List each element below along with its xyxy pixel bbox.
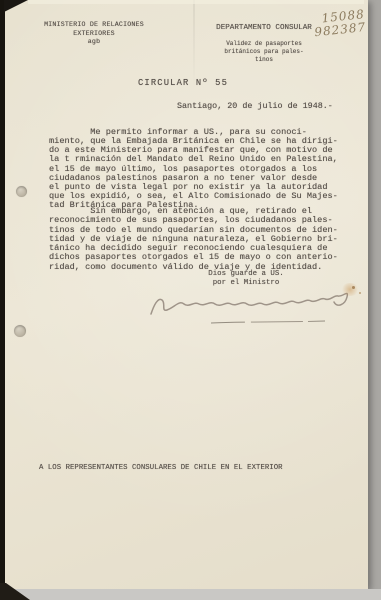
ink-stain bbox=[341, 283, 359, 296]
signature-stroke bbox=[151, 293, 347, 314]
minister-signature bbox=[145, 283, 360, 331]
scan-edge-bottom bbox=[0, 589, 381, 600]
scan-edge-top bbox=[28, 0, 364, 4]
subject-reference: Validez de pasaportes británicos para pa… bbox=[208, 40, 320, 64]
circular-title: CIRCULAR Nº 55 bbox=[138, 78, 228, 88]
body-paragraph-1: Me permito informar a US., para su conoc… bbox=[49, 128, 355, 210]
paper-crease bbox=[193, 0, 195, 90]
dateline: Santiago, 20 de julio de 1948.- bbox=[177, 101, 333, 111]
closing-salutation: Dios guarde a US. bbox=[204, 270, 288, 279]
document-page: 15088 982387 MINISTERIO DE RELACIONES EX… bbox=[5, 0, 368, 589]
ink-speck bbox=[359, 292, 361, 294]
ink-speck bbox=[352, 286, 355, 289]
department-name: DEPARTAMENTO CONSULAR bbox=[208, 24, 320, 33]
scanned-document: 15088 982387 MINISTERIO DE RELACIONES EX… bbox=[0, 0, 381, 600]
signature-underline bbox=[211, 321, 325, 323]
letterhead-department: DEPARTAMENTO CONSULAR Validez de pasapor… bbox=[208, 24, 320, 64]
ministry-name-line2: EXTERIORES bbox=[41, 30, 147, 39]
punch-hole-top bbox=[16, 186, 27, 197]
body-paragraph-2: Sin embargo, en atención a que, retirado… bbox=[49, 207, 355, 272]
letterhead-ministry: MINISTERIO DE RELACIONES EXTERIORES agb bbox=[41, 21, 147, 47]
typist-initials: agb bbox=[41, 38, 147, 47]
ministry-name-line1: MINISTERIO DE RELACIONES bbox=[41, 21, 147, 30]
scan-edge-left bbox=[0, 0, 5, 600]
addressee-line: A LOS REPRESENTANTES CONSULARES DE CHILE… bbox=[39, 464, 283, 472]
punch-hole-bottom bbox=[14, 325, 26, 337]
